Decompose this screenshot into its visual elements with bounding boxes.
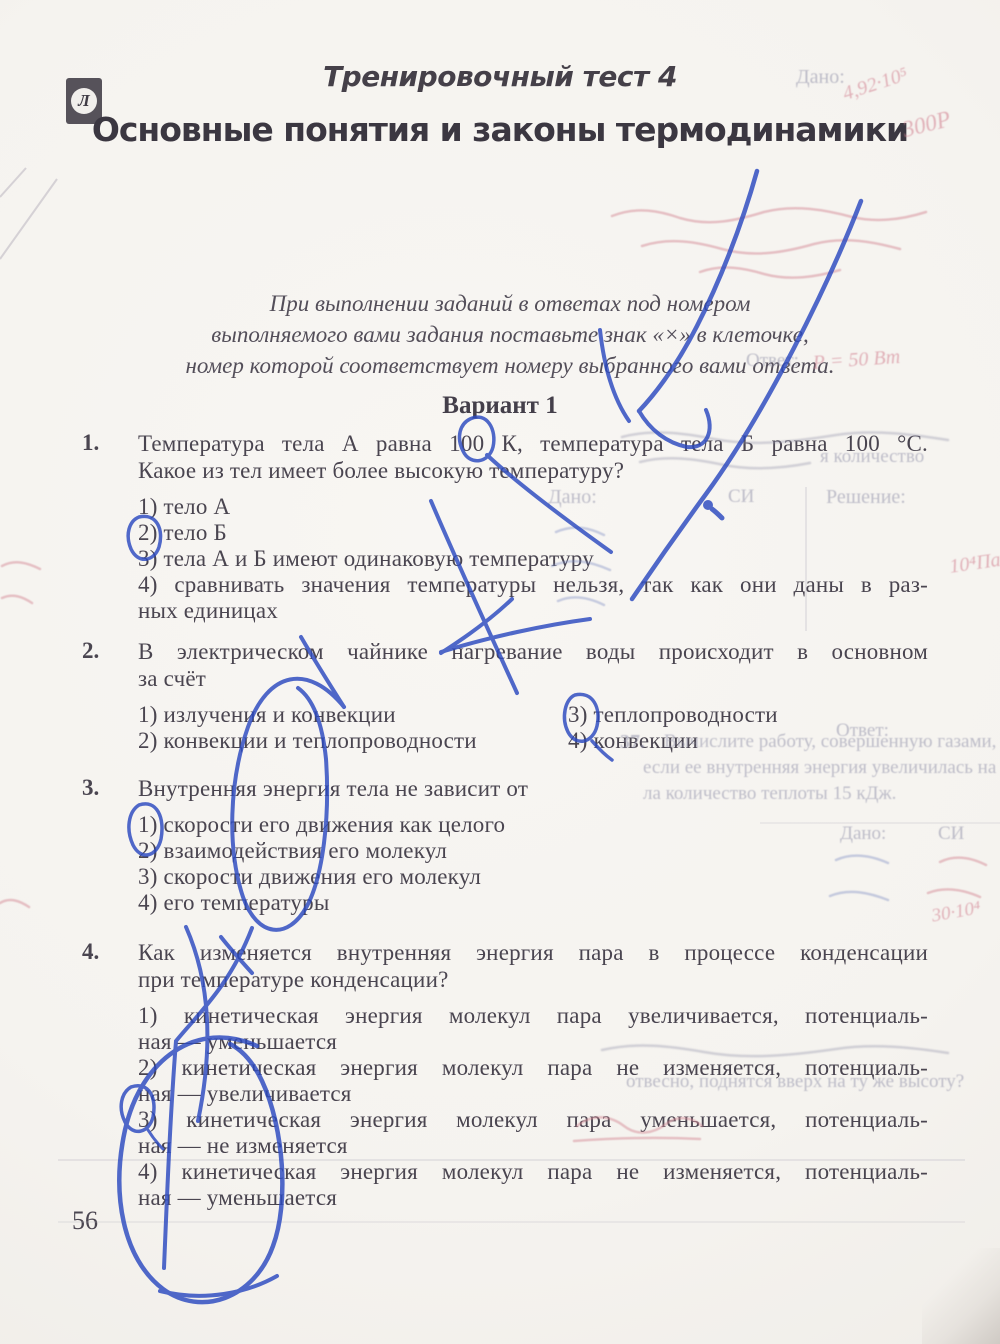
option-line: 4) его температуры <box>138 890 928 916</box>
question-text: Как изменяется внутренняя энергия пара в… <box>138 939 928 993</box>
edge-mark <box>0 168 26 197</box>
question-number: 4. <box>82 939 99 965</box>
bleed-squiggle <box>928 889 980 897</box>
bleed-squiggle <box>0 900 29 907</box>
option-line: ная — уменьшается <box>138 1185 928 1211</box>
bleedthrough-text: Дано: <box>548 486 597 509</box>
options-list: 1) кинетическая энергия молекул пара уве… <box>138 1003 928 1211</box>
bleed-squiggle <box>612 208 926 222</box>
option-line: ная — не изменяется <box>138 1133 928 1159</box>
option-line: 3) тела А и Б имеют одинаковую температу… <box>138 546 928 572</box>
variant-label: Вариант 1 <box>0 392 1000 420</box>
option-line: 2) тело Б <box>138 520 928 546</box>
question-text-line: за счёт <box>138 665 928 692</box>
question-text-line: Какое из тел имеет более высокую темпера… <box>138 457 928 484</box>
pen-stroke <box>160 1276 277 1296</box>
option-line: ных единицах <box>138 598 928 624</box>
page-title: Основные понятия и законы термодинамики <box>0 110 1000 149</box>
bleed-squiggle <box>2 596 32 603</box>
bleedthrough-text: 37. <box>620 731 645 754</box>
bleedthrough-text: 10⁴Па <box>948 549 1000 579</box>
option-line: 2) взаимодействия его молекул <box>138 838 928 864</box>
bleedthrough-text: если ее внутренняя энергия увеличилась н… <box>643 757 1000 779</box>
option-line: 1) тело А <box>138 494 928 520</box>
bleedthrough-text: отвесно, поднятся вверх на ту же высоту? <box>626 1071 964 1093</box>
options-list: 1) скорости его движения как целого2) вз… <box>138 812 928 916</box>
option-line: 3) кинетическая энергия молекул пара уме… <box>138 1107 928 1133</box>
question-text-line: при температуре конденсации? <box>138 966 928 993</box>
option-line: 3) скорости движения его молекул <box>138 864 928 890</box>
options-list: 1) тело А2) тело Б3) тела А и Б имеют од… <box>138 494 928 624</box>
option-item: 2) конвекции и теплопроводности <box>138 728 568 754</box>
option-line: 4) кинетическая энергия молекул пара не … <box>138 1159 928 1185</box>
question-text-line: В электрическом чайнике нагревание воды … <box>138 638 928 665</box>
option-line: 1) кинетическая энергия молекул пара уве… <box>138 1003 928 1029</box>
instruction-line: При выполнении заданий в ответах под ном… <box>105 288 915 319</box>
question-text: Температура тела А равна 100 К, температ… <box>138 430 928 484</box>
instruction-line: выполняемого вами задания поставьте знак… <box>105 319 915 350</box>
bleedthrough-text: 30·10⁴ <box>930 897 982 927</box>
scanned-workbook-page: Л Тренировочный тест 4 Основные понятия … <box>0 0 1000 1344</box>
option-line: ная — уменьшается <box>138 1029 928 1055</box>
bleedthrough-text: Дано: <box>840 823 886 845</box>
question-text-line: Температура тела А равна 100 К, температ… <box>138 430 928 457</box>
scan-edge-marks <box>0 168 57 259</box>
bleedthrough-text: Вычислите работу, совершенную газами, <box>664 731 996 753</box>
bleed-squiggle <box>2 562 40 569</box>
bleed-squiggle <box>940 858 986 865</box>
bleedthrough-text: СИ <box>728 486 754 508</box>
question-number: 2. <box>82 638 99 664</box>
bleedthrough-text: Решение: <box>826 486 906 509</box>
bleedthrough-text: я количество <box>820 446 924 468</box>
option-line: 1) скорости его движения как целого <box>138 812 928 838</box>
bleed-squiggle <box>700 268 840 278</box>
question-text: В электрическом чайнике нагревание воды … <box>138 638 928 692</box>
bleedthrough-text: ла количество теплоты 15 кДж. <box>643 783 896 805</box>
bleed-squiggle <box>642 240 900 253</box>
question-number: 1. <box>82 430 99 456</box>
edge-mark <box>0 179 57 259</box>
page-number: 56 <box>72 1206 98 1236</box>
bleedthrough-text: Ответ: <box>746 350 799 372</box>
bleedthrough-text: Дано: <box>796 66 845 89</box>
question-number: 3. <box>82 775 99 801</box>
question-block: 1.Температура тела А равна 100 К, темпер… <box>82 430 932 624</box>
question-text-line: Как изменяется внутренняя энергия пара в… <box>138 939 928 966</box>
page-corner-curl <box>922 1248 1000 1344</box>
option-item: 1) излучения и конвекции <box>138 702 568 728</box>
bleedthrough-text: СИ <box>938 823 964 845</box>
option-line: 4) сравнивать значения температуры нельз… <box>138 572 928 598</box>
